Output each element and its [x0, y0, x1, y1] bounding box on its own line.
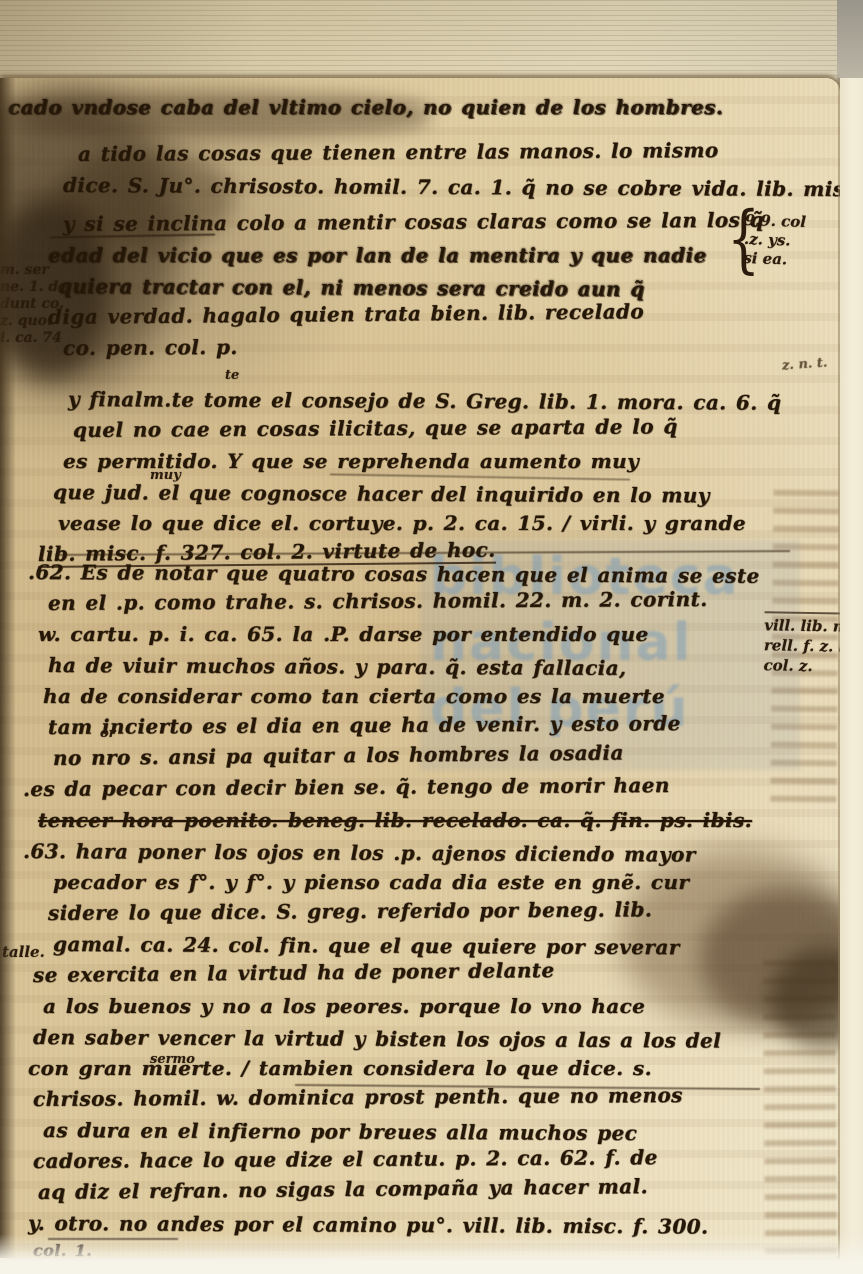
interlinear-note: muy: [150, 468, 181, 483]
text-line: .63. hara poner los ojos en los .p. ajen…: [23, 836, 828, 871]
text-line: ha de viuir muchos años. y para. q̃. est…: [48, 650, 828, 685]
text-line: se exercita en la virtud ha de poner del…: [33, 952, 828, 991]
margin-note-line: rell. f. z. ll.: [764, 635, 840, 657]
text-line: cado vndose caba del vltimo cielo, no qu…: [8, 92, 828, 123]
text-line: quel no cae en cosas ilicitas, que se ap…: [73, 410, 828, 446]
text-line: .es da pecar con decir bien se. q̃. teng…: [23, 769, 828, 805]
margin-note-right-mid: vill. lib. m.rell. f. z. ll.col. z.: [763, 611, 840, 677]
text-line: diga verdad. hagalo quien trata bien. li…: [48, 295, 828, 333]
text-line: edad del vicio que es por lan de la ment…: [48, 240, 828, 271]
text-line: no nro s. ansi pa quitar a los hombres l…: [53, 736, 828, 774]
margin-note-line: .z. ys.: [744, 230, 806, 251]
text-line: co. pen. col. p.: [63, 328, 828, 364]
gutter-shadow: [0, 78, 16, 1258]
text-line: w. cartu. p. i. ca. 65. la .P. darse por…: [38, 619, 828, 650]
interlinear-note: te: [225, 368, 239, 383]
text-line: dice. S. Ju°. chrisosto. homil. 7. ca. 1…: [63, 170, 828, 205]
margin-note-line: vill. lib. m.: [764, 615, 840, 637]
margin-note-line: 9.9. col: [744, 211, 806, 232]
bottom-page-edge: [0, 1234, 863, 1274]
margin-note-faint: z. n. t.: [781, 354, 828, 374]
manuscript-page: bibliotecanacionaldel perú .242. cado vn…: [0, 78, 840, 1258]
text-line: a los buenos y no a los peores. porque l…: [43, 991, 828, 1022]
margin-note-line: si ea.: [743, 249, 805, 270]
text-line: tencer hora poenito. beneg. lib. recelad…: [38, 805, 828, 836]
margin-note-line: col. z.: [763, 655, 840, 677]
text-line: aq diz el refran. no sigas la compaña ya…: [38, 1169, 828, 1208]
next-page-edge: [838, 78, 863, 1274]
text-line: a tido las cosas que tienen entre las ma…: [78, 134, 828, 170]
interlinear-note: or: [100, 726, 116, 741]
margin-note-right-top: 9.9. col.z. ys.si ea.: [743, 211, 806, 270]
interlinear-note: sermo: [150, 1052, 195, 1067]
manuscript-photo: bibliotecanacionaldel perú .242. cado vn…: [0, 0, 863, 1274]
text-line: en el .p. como trahe. s. chrisos. homil.…: [48, 583, 828, 619]
text-line: sidere lo que dice. S. greg. referido po…: [48, 893, 828, 929]
manuscript-text-block: cado vndose caba del vltimo cielo, no qu…: [8, 92, 828, 1258]
